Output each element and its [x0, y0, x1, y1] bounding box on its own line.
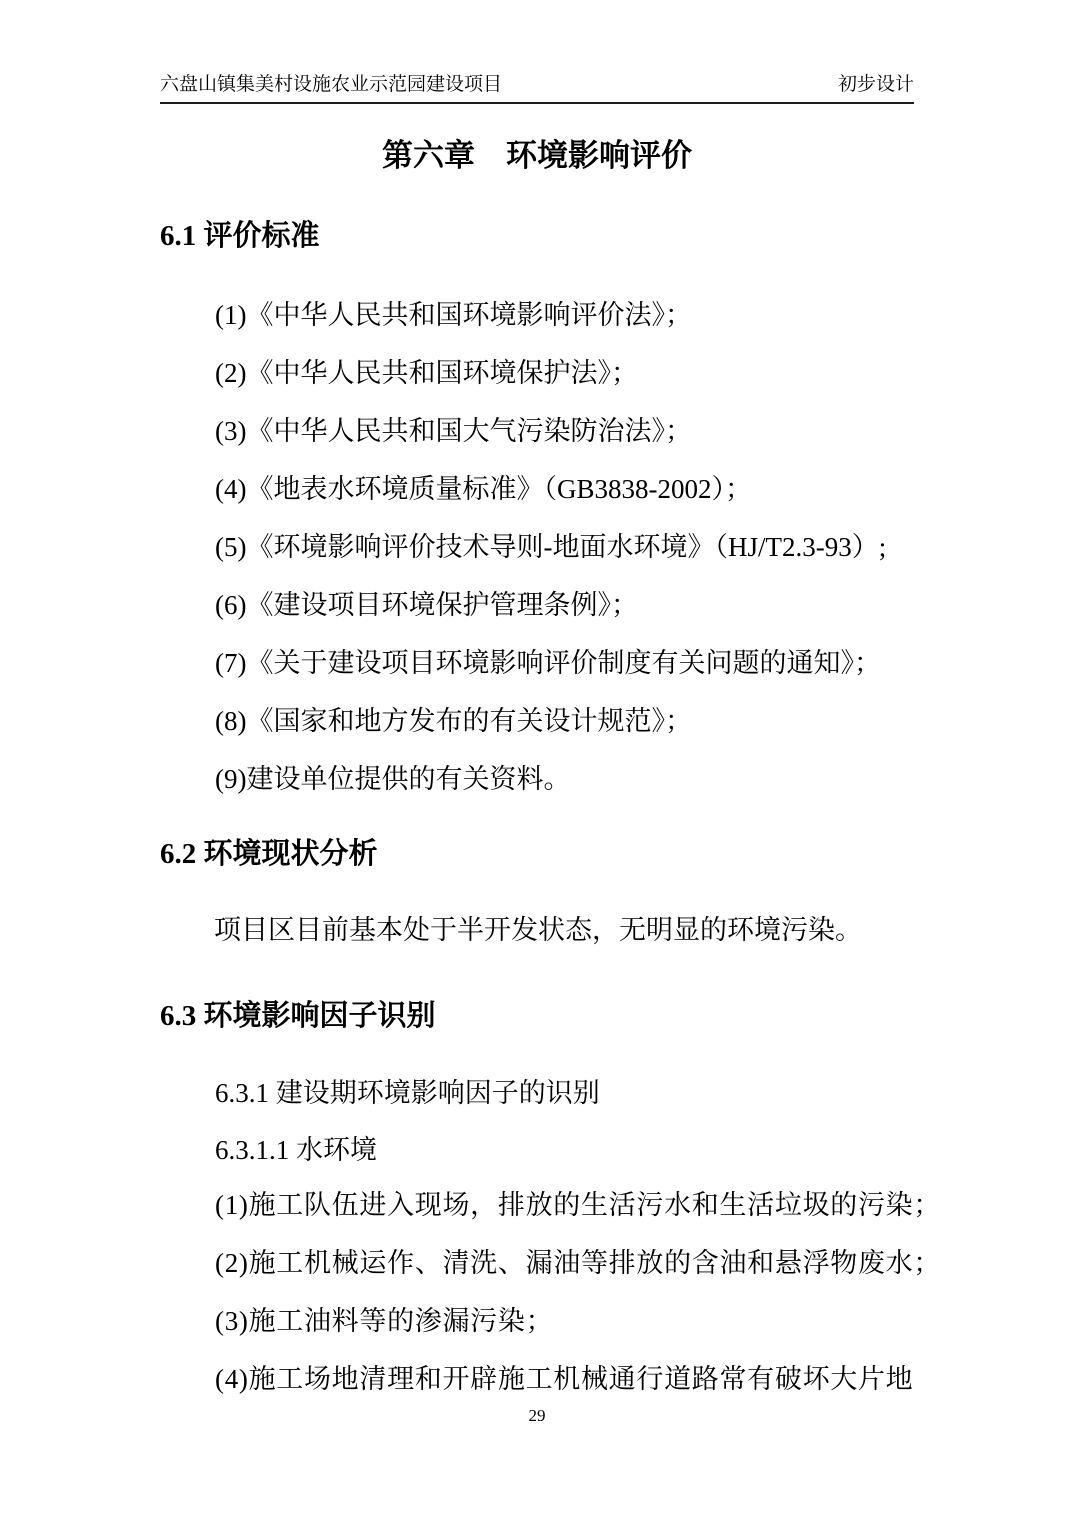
page-header: 六盘山镇集美村设施农业示范园建设项目 初步设计 [160, 0, 914, 104]
reference-list-item: (5)《环境影响评价技术导则-地面水环境》（HJ/T2.3-93）; [160, 534, 914, 561]
section-6-2-paragraph: 项目区目前基本处于半开发状态，无明显的环境污染。 [160, 917, 914, 944]
page-number: 29 [0, 1406, 1074, 1425]
section-6-1-heading: 6.1 评价标准 [160, 222, 914, 251]
header-doc-stage: 初步设计 [838, 74, 914, 96]
reference-list-item: (9)建设单位提供的有关资料。 [160, 766, 914, 793]
subsection-6-3-1-1-heading: 6.3.1.1 水环境 [160, 1137, 914, 1164]
impact-factor-item: (2)施工机械运作、清洗、漏油等排放的含油和悬浮物废水； [160, 1250, 914, 1277]
section-6-2-heading: 6.2 环境现状分析 [160, 840, 914, 869]
page-content: 六盘山镇集美村设施农业示范园建设项目 初步设计 第六章 环境影响评价 6.1 评… [160, 0, 914, 1393]
document-page: 六盘山镇集美村设施农业示范园建设项目 初步设计 第六章 环境影响评价 6.1 评… [0, 0, 1074, 1520]
header-project-name: 六盘山镇集美村设施农业示范园建设项目 [160, 74, 502, 96]
reference-list-item: (6)《建设项目环境保护管理条例》； [160, 592, 914, 619]
reference-list-item: (4)《地表水环境质量标准》（GB3838-2002）； [160, 476, 914, 503]
impact-factor-item: (4)施工场地清理和开辟施工机械通行道路常有破坏大片地 [160, 1366, 914, 1393]
reference-list-item: (8)《国家和地方发布的有关设计规范》； [160, 708, 914, 735]
impact-factor-item: (3)施工油料等的渗漏污染； [160, 1308, 914, 1335]
subsection-6-3-1-heading: 6.3.1 建设期环境影响因子的识别 [160, 1080, 914, 1107]
reference-list-item: (3)《中华人民共和国大气污染防治法》； [160, 418, 914, 445]
chapter-title: 第六章 环境影响评价 [160, 138, 914, 174]
section-6-3-heading: 6.3 环境影响因子识别 [160, 1002, 914, 1031]
reference-list-item: (2)《中华人民共和国环境保护法》； [160, 360, 914, 387]
impact-factor-item: (1)施工队伍进入现场，排放的生活污水和生活垃圾的污染； [160, 1192, 914, 1219]
reference-list-item: (1)《中华人民共和国环境影响评价法》； [160, 302, 914, 329]
reference-list-item: (7)《关于建设项目环境影响评价制度有关问题的通知》； [160, 650, 914, 677]
